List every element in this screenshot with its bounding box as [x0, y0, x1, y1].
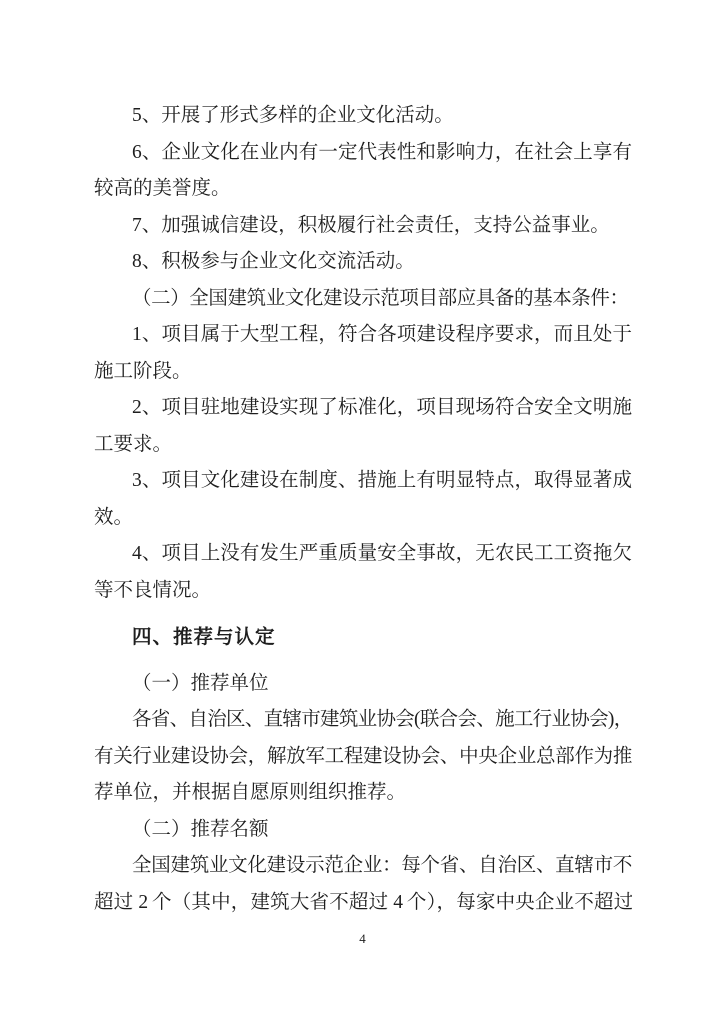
- doc-line: 4、项目上没有发生严重质量安全事故，无农民工工资拖欠: [94, 536, 632, 573]
- doc-line: 全国建筑业文化建设示范企业：每个省、自治区、直辖市不: [94, 848, 632, 885]
- doc-line: 2、项目驻地建设实现了标准化，项目现场符合安全文明施: [94, 390, 632, 427]
- doc-line: 有关行业建设协会，解放军工程建设协会、中央企业总部作为推: [94, 739, 632, 776]
- doc-line: 较高的美誉度。: [94, 171, 632, 208]
- doc-line: 工要求。: [94, 427, 632, 464]
- doc-line: 荐单位，并根据自愿原则组织推荐。: [94, 775, 632, 812]
- document-page: 5、开展了形式多样的企业文化活动。 6、企业文化在业内有一定代表性和影响力，在社…: [0, 0, 725, 1024]
- page-number: 4: [0, 931, 725, 947]
- doc-subheading: （一）推荐单位: [94, 666, 632, 703]
- doc-line: 5、开展了形式多样的企业文化活动。: [94, 98, 632, 135]
- doc-line: 施工阶段。: [94, 354, 632, 391]
- doc-line: 1、项目属于大型工程，符合各项建设程序要求，而且处于: [94, 317, 632, 354]
- doc-line: 8、积极参与企业文化交流活动。: [94, 244, 632, 281]
- doc-line: 6、企业文化在业内有一定代表性和影响力，在社会上享有: [94, 135, 632, 172]
- doc-line: 等不良情况。: [94, 573, 632, 610]
- doc-line: 7、加强诚信建设，积极履行社会责任，支持公益事业。: [94, 208, 632, 245]
- doc-line: 3、项目文化建设在制度、措施上有明显特点，取得显著成: [94, 463, 632, 500]
- doc-subheading: （二）全国建筑业文化建设示范项目部应具备的基本条件：: [94, 281, 632, 318]
- doc-line: 各省、自治区、直辖市建筑业协会(联合会、施工行业协会)，: [94, 702, 632, 739]
- doc-line: 超过 2 个（其中，建筑大省不超过 4 个），每家中央企业不超过: [94, 885, 632, 922]
- doc-subheading: （二）推荐名额: [94, 812, 632, 849]
- section-heading: 四、推荐与认定: [94, 619, 632, 656]
- doc-line: 效。: [94, 500, 632, 537]
- document-body: 5、开展了形式多样的企业文化活动。 6、企业文化在业内有一定代表性和影响力，在社…: [94, 98, 632, 921]
